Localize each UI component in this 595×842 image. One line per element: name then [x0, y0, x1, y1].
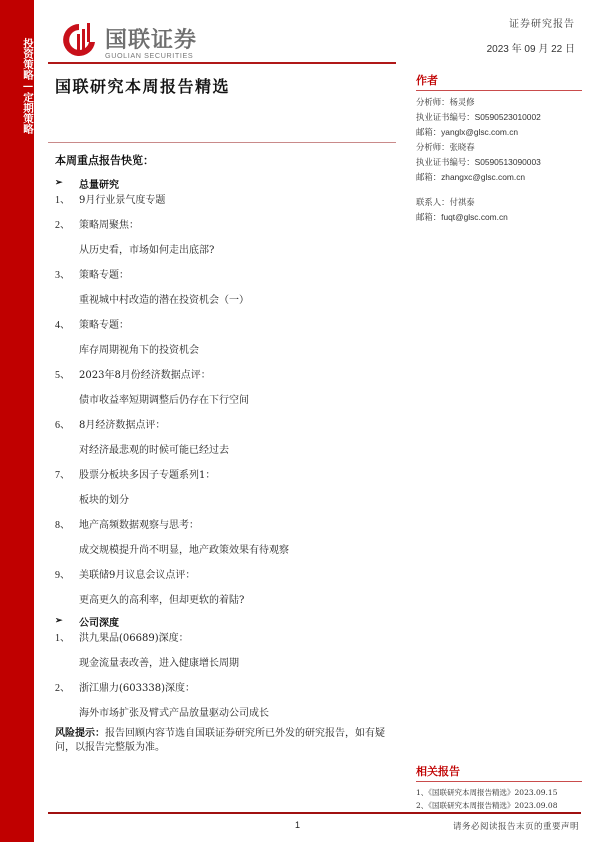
authors-heading: 作者: [416, 72, 582, 91]
item-title: 策略专题：: [79, 269, 129, 283]
item-subtitle: 更高更久的高利率，但却更软的着陆?: [55, 594, 400, 608]
item-title: 策略专题：: [79, 319, 129, 333]
item-subtitle: 板块的划分: [55, 494, 400, 508]
category-label: 总量研究: [79, 176, 119, 191]
item-title: 洪九果品(06689)深度：: [79, 632, 189, 646]
item-title: 浙江鼎力(603338)深度：: [79, 682, 195, 696]
item-title: 2023年8月份经济数据点评：: [79, 369, 211, 383]
item-number: 2、: [55, 219, 79, 233]
report-date: 2023 年 09 月 22 日: [487, 40, 575, 55]
item-number: 1、: [55, 632, 79, 646]
item-number: 4、: [55, 319, 79, 333]
sidebar-category-label: 投资策略—定期策略: [0, 38, 34, 134]
item-title: 股票分板块多因子专题系列1：: [79, 469, 215, 483]
item-subtitle: 库存周期视角下的投资机会: [55, 344, 400, 358]
category-heading: ➢ 公司深度: [55, 614, 400, 628]
list-item: 6、 8月经济数据点评：: [55, 419, 400, 433]
risk-label: 风险提示：: [55, 728, 105, 739]
disclaimer-note: 请务必阅读报告末页的重要声明: [453, 820, 579, 832]
analyst-email[interactable]: 邮箱：yanglx@glsc.com.cn: [416, 125, 576, 140]
arrow-bullet-icon: ➢: [55, 178, 79, 188]
related-reports-heading: 相关报告: [416, 763, 582, 782]
analyst-name: 分析师：张晓春: [416, 140, 576, 155]
logo-name-en: GUOLIAN SECURITIES: [105, 51, 193, 60]
page-title: 国联研究本周报告精选: [55, 74, 230, 97]
summary-heading: 本周重点报告快览：: [55, 152, 400, 168]
risk-notice: 风险提示：报告回顾内容节选自国联证券研究所已外发的研究报告，如有疑问，以报告完整…: [55, 727, 400, 755]
item-number: 2、: [55, 682, 79, 696]
item-subtitle: 对经济最悲观的时候可能已经过去: [55, 444, 400, 458]
item-subtitle: 重视城中村改造的潜在投资机会（一）: [55, 294, 400, 308]
list-item: 7、 股票分板块多因子专题系列1：: [55, 469, 400, 483]
item-title: 9月行业景气度专题: [79, 194, 165, 208]
analyst-license: 执业证书编号：S0590523010002: [416, 110, 576, 125]
contact-name: 联系人：付祺泰: [416, 195, 576, 210]
company-logo: 国联证券 GUOLIAN SECURITIES: [60, 20, 220, 60]
item-title: 美联储9月议息会议点评：: [79, 569, 195, 583]
document-type: 证券研究报告: [509, 15, 575, 30]
header-divider: [48, 62, 396, 64]
contact-email[interactable]: 邮箱：fuqt@glsc.com.cn: [416, 210, 576, 225]
item-number: 5、: [55, 369, 79, 383]
logo-name-cn: 国联证券: [105, 23, 197, 54]
item-subtitle: 海外市场扩张及臂式产品放量驱动公司成长: [55, 707, 400, 721]
list-item: 1、 洪九果品(06689)深度：: [55, 632, 400, 646]
related-reports-panel: 相关报告 1、《国联研究本周报告精选》2023.09.15 2、《国联研究本周报…: [416, 763, 582, 812]
sidebar-band: 投资策略—定期策略: [0, 0, 34, 842]
category-heading: ➢ 总量研究: [55, 176, 400, 190]
list-item: 5、 2023年8月份经济数据点评：: [55, 369, 400, 383]
risk-text: 报告回顾内容节选自国联证券研究所已外发的研究报告，如有疑问，以报告完整版为准。: [55, 728, 385, 753]
related-report-link[interactable]: 1、《国联研究本周报告精选》2023.09.15: [416, 786, 582, 799]
item-title: 8月经济数据点评：: [79, 419, 165, 433]
item-subtitle: 债市收益率短期调整后仍存在下行空间: [55, 394, 400, 408]
analyst-name: 分析师：杨灵修: [416, 95, 576, 110]
page-number: 1: [295, 820, 300, 830]
report-summary: 本周重点报告快览： ➢ 总量研究 1、 9月行业景气度专题 2、 策略周聚焦： …: [55, 152, 400, 755]
item-subtitle: 成交规模提升尚不明显，地产政策效果有待观察: [55, 544, 400, 558]
list-item: 2、 浙江鼎力(603338)深度：: [55, 682, 400, 696]
title-divider: [48, 142, 396, 143]
item-subtitle: 现金流量表改善，进入健康增长周期: [55, 657, 400, 671]
list-item: 4、 策略专题：: [55, 319, 400, 333]
list-item: 2、 策略周聚焦：: [55, 219, 400, 233]
item-title: 地产高频数据观察与思考：: [79, 519, 199, 533]
footer-divider: [48, 812, 581, 814]
related-report-link[interactable]: 2、《国联研究本周报告精选》2023.09.08: [416, 799, 582, 812]
authors-panel: 作者 分析师：杨灵修 执业证书编号：S0590523010002 邮箱：yang…: [416, 72, 576, 225]
item-number: 8、: [55, 519, 79, 533]
analyst-email[interactable]: 邮箱：zhangxc@glsc.com.cn: [416, 170, 576, 185]
arrow-bullet-icon: ➢: [55, 616, 79, 626]
item-subtitle: 从历史看，市场如何走出底部?: [55, 244, 400, 258]
item-title: 策略周聚焦：: [79, 219, 139, 233]
item-number: 3、: [55, 269, 79, 283]
list-item: 1、 9月行业景气度专题: [55, 194, 400, 208]
item-number: 6、: [55, 419, 79, 433]
item-number: 9、: [55, 569, 79, 583]
item-number: 7、: [55, 469, 79, 483]
analyst-license: 执业证书编号：S0590513090003: [416, 155, 576, 170]
list-item: 9、 美联储9月议息会议点评：: [55, 569, 400, 583]
list-item: 8、 地产高频数据观察与思考：: [55, 519, 400, 533]
list-item: 3、 策略专题：: [55, 269, 400, 283]
item-number: 1、: [55, 194, 79, 208]
category-label: 公司深度: [79, 614, 119, 629]
logo-mark-icon: [60, 20, 98, 60]
